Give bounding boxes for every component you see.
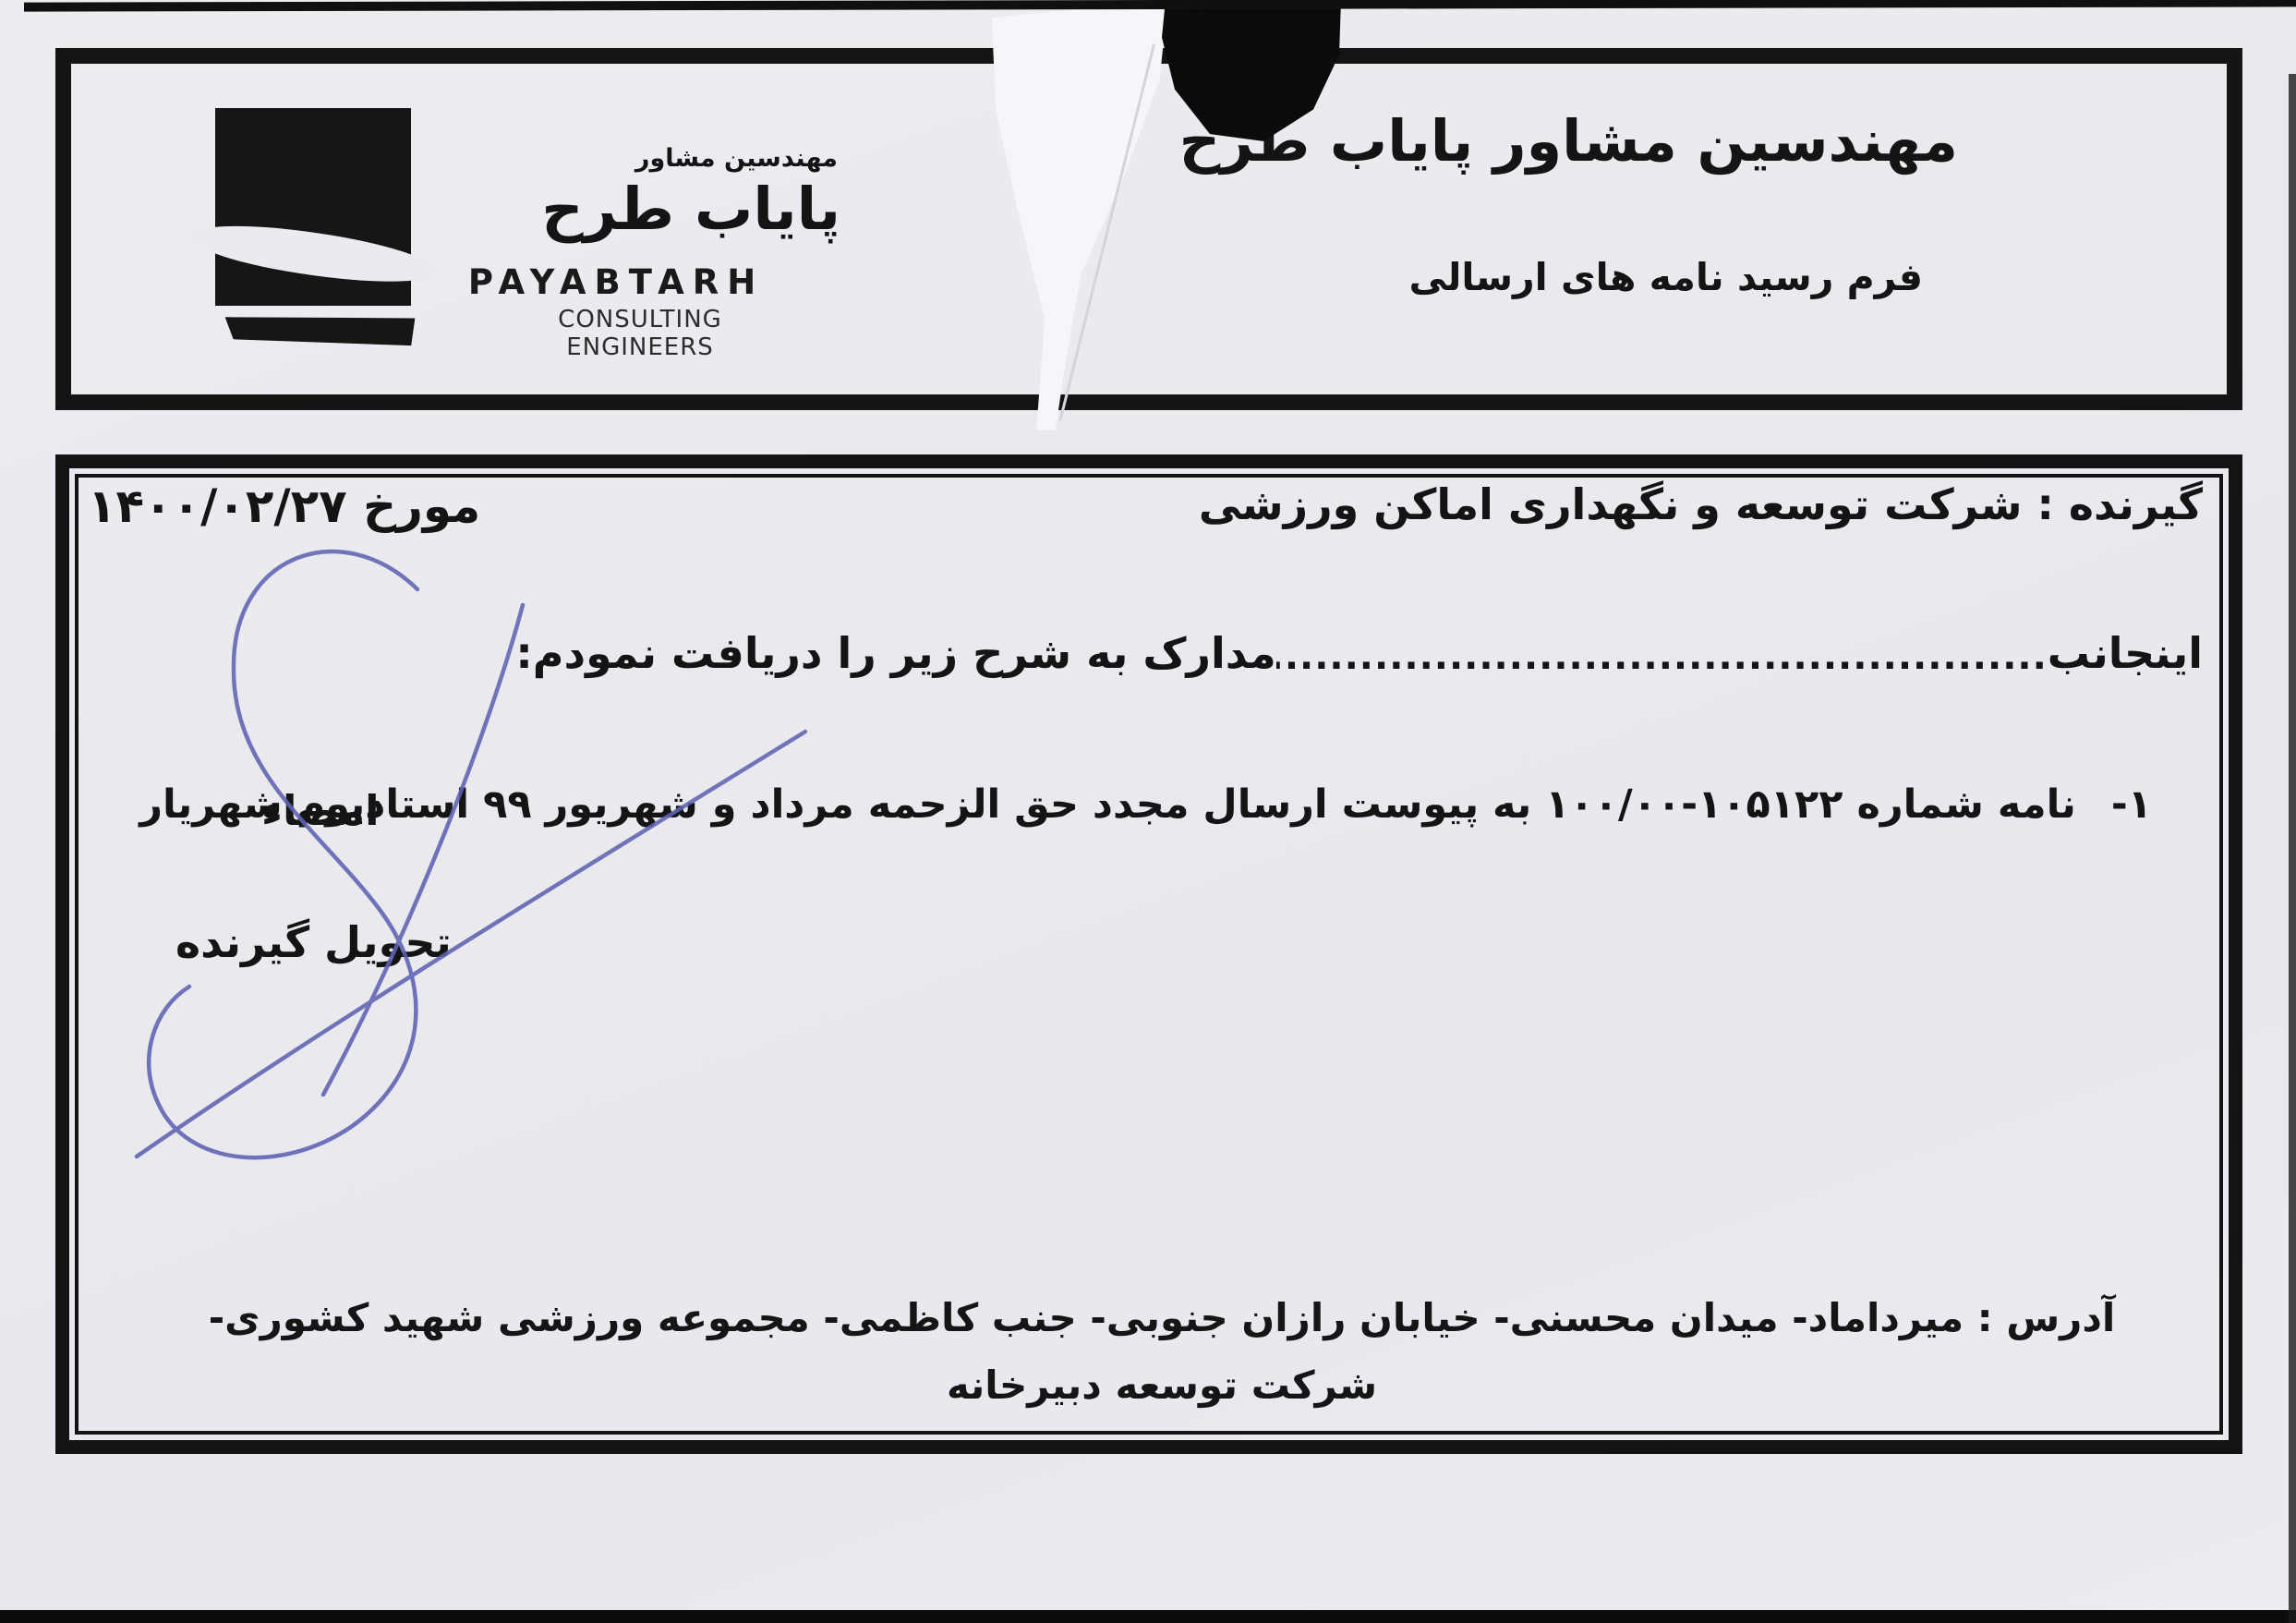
scan-right-edge <box>2289 74 2296 1623</box>
address-line-2: شرکت توسعه دبیرخانه <box>129 1363 2194 1408</box>
list-item: ۱- نامه شماره ۱۰۵۱۲۲-۱۰۰/۰۰ به پیوست ارس… <box>139 781 2152 828</box>
signature-label: امضاء <box>261 786 380 835</box>
statement-start: اینجانب <box>2048 628 2203 678</box>
statement-end: مدارک به شرح زیر را دریافت نمودم: <box>515 628 1275 678</box>
list-item-number: ۱- <box>2111 781 2152 828</box>
list-item-text: نامه شماره ۱۰۵۱۲۲-۱۰۰/۰۰ به پیوست ارسال … <box>139 781 2076 828</box>
scan-bottom-edge <box>0 1610 2296 1623</box>
statement-dotted-leader: ........................................… <box>1276 636 2048 678</box>
recipient-line: گیرنده : شرکت توسعه و نگهداری اماکن ورزش… <box>1199 479 2203 529</box>
receiver-label: تحویل گیرنده <box>175 917 452 967</box>
scanned-receipt-page: مهندسین مشاور پایاب طرح PAYABTARH CONSUL… <box>0 0 2296 1623</box>
address-line-1: آدرس : میرداماد- میدان محسنی- خیابان راز… <box>129 1295 2194 1340</box>
footer-address: آدرس : میرداماد- میدان محسنی- خیابان راز… <box>129 1295 2194 1408</box>
date-line: مورخ ۱۴۰۰/۰۲/۲۷ <box>88 479 480 533</box>
statement-line: اینجانب ................................… <box>515 628 2203 678</box>
